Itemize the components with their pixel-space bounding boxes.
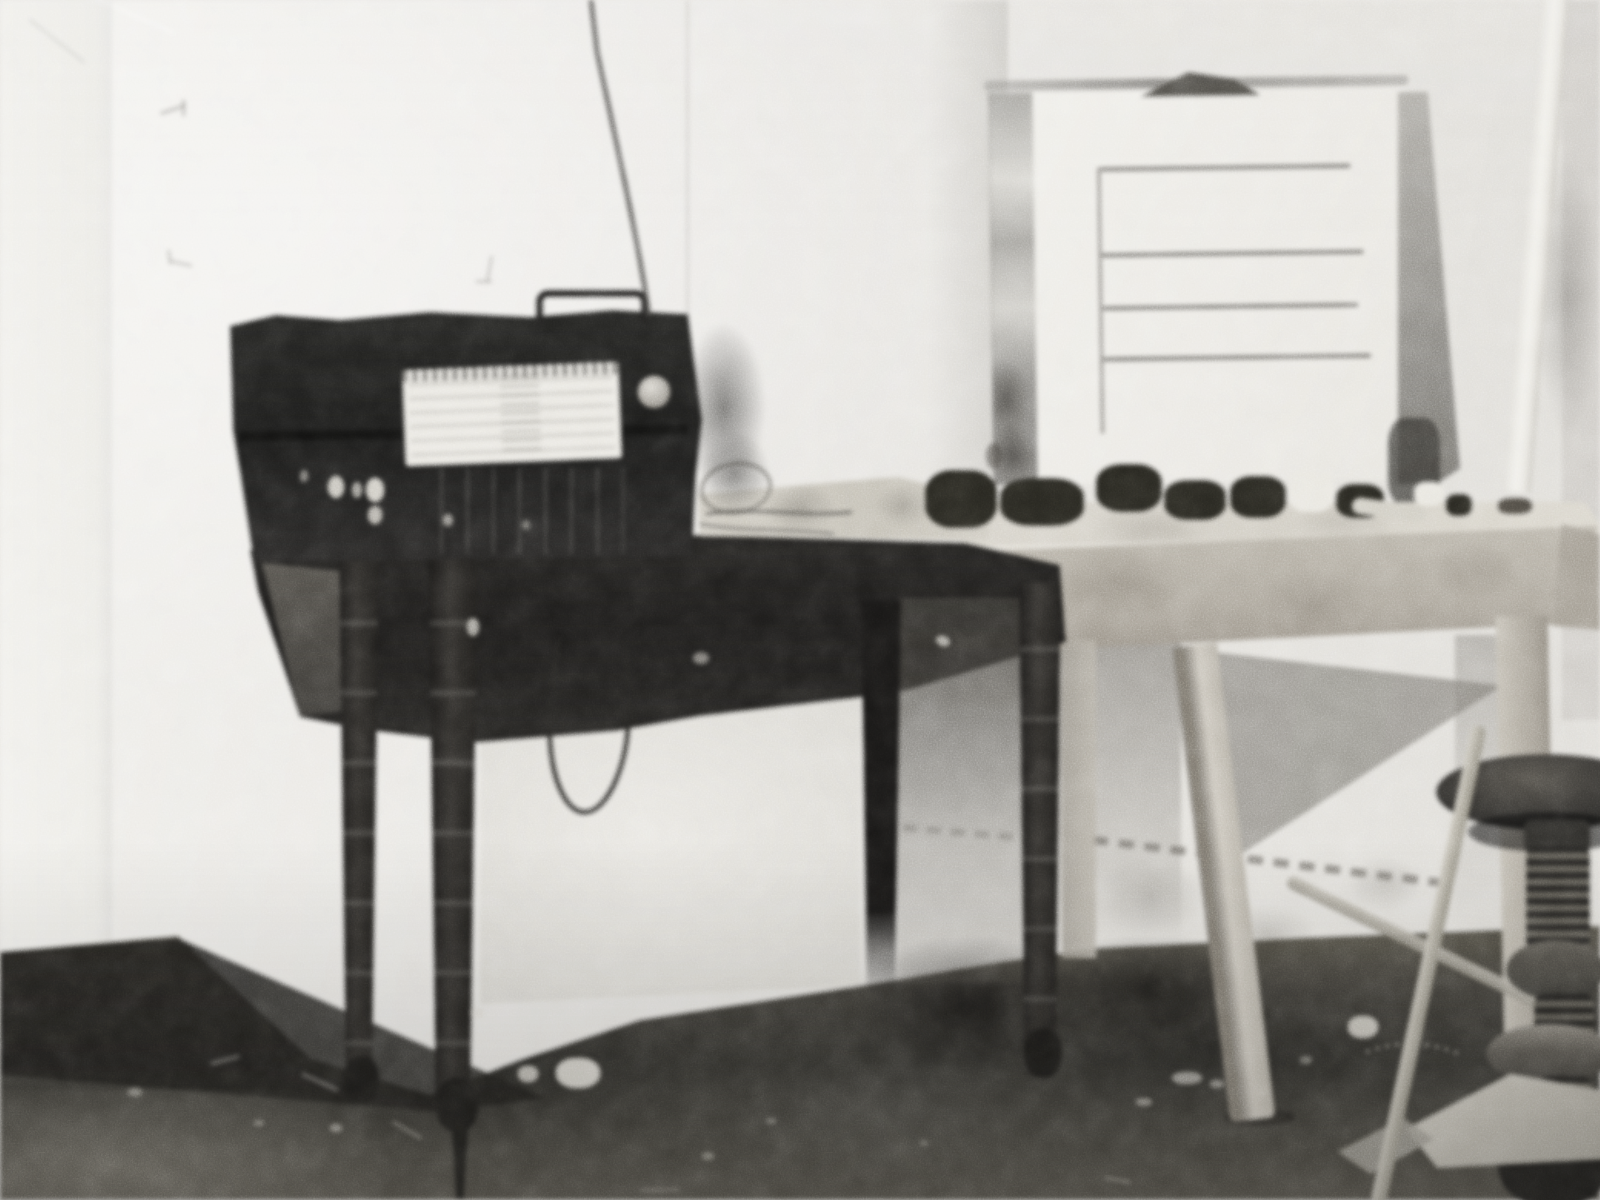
floor-debris bbox=[1210, 1080, 1224, 1088]
wall-left-panel bbox=[0, 0, 112, 958]
glint bbox=[522, 520, 530, 530]
glint bbox=[352, 482, 362, 498]
glint bbox=[328, 476, 344, 498]
floor-debris bbox=[1348, 1016, 1378, 1038]
table-object bbox=[925, 470, 997, 528]
dial-center-marks bbox=[500, 375, 542, 458]
floor-debris bbox=[330, 1124, 342, 1132]
radio-handle bbox=[536, 290, 648, 325]
wall-mark bbox=[182, 100, 185, 116]
radio-front-ribs bbox=[440, 468, 624, 554]
floor-debris bbox=[920, 1140, 928, 1146]
white-slatted-panel bbox=[990, 87, 1410, 485]
floor-debris bbox=[766, 1118, 776, 1124]
wall-under-table bbox=[480, 692, 860, 1004]
glint bbox=[300, 470, 308, 482]
floor-debris bbox=[702, 1152, 714, 1160]
panel-slat-line bbox=[1100, 164, 1350, 171]
floor-debris bbox=[1258, 1090, 1266, 1096]
table-object bbox=[1230, 476, 1286, 518]
side-table-leg-foot bbox=[343, 1056, 379, 1104]
glint bbox=[443, 514, 453, 526]
side-table-leg-foot bbox=[436, 1078, 478, 1132]
stool-collar bbox=[1506, 940, 1600, 1000]
under-table-shadow bbox=[898, 598, 1022, 983]
photograph bbox=[0, 0, 1600, 1200]
floor-debris bbox=[1172, 1072, 1202, 1084]
panel-slat-line bbox=[1102, 250, 1364, 258]
photo-scene bbox=[0, 0, 1600, 1200]
wall-speck bbox=[986, 443, 1002, 469]
table-object bbox=[1000, 478, 1084, 526]
floor-debris bbox=[1136, 1098, 1152, 1106]
glint bbox=[368, 506, 382, 524]
table-object bbox=[1498, 498, 1532, 514]
floor-debris bbox=[518, 1066, 538, 1082]
work-table-leg-back bbox=[1062, 640, 1096, 958]
floor-debris bbox=[470, 1008, 484, 1018]
table-object bbox=[1164, 480, 1226, 520]
floor-debris bbox=[1300, 1056, 1312, 1064]
stool-screw-thread bbox=[1526, 846, 1590, 952]
glint bbox=[366, 478, 384, 502]
white-box bbox=[1288, 472, 1334, 512]
floor-light-patch bbox=[0, 1090, 380, 1200]
blurred-cable-haze bbox=[700, 430, 770, 516]
radio-dial bbox=[402, 362, 622, 466]
table-object bbox=[1446, 494, 1472, 516]
floor-scratch bbox=[640, 1188, 680, 1192]
panel-slat-frame bbox=[1097, 164, 1354, 434]
panel-slat-line bbox=[1103, 354, 1371, 362]
panel-smudge bbox=[988, 92, 1037, 485]
floor-debris bbox=[254, 1120, 264, 1126]
white-box bbox=[1414, 482, 1444, 506]
side-table-leg-foot bbox=[1024, 1028, 1062, 1078]
radio-knob bbox=[638, 376, 670, 408]
glint bbox=[467, 618, 479, 636]
floor-debris bbox=[128, 1088, 142, 1096]
glint bbox=[693, 652, 709, 664]
panel-slat-line bbox=[1102, 303, 1358, 311]
table-object bbox=[1096, 464, 1162, 512]
wall-mark bbox=[476, 280, 492, 283]
floor-debris bbox=[556, 1058, 600, 1088]
